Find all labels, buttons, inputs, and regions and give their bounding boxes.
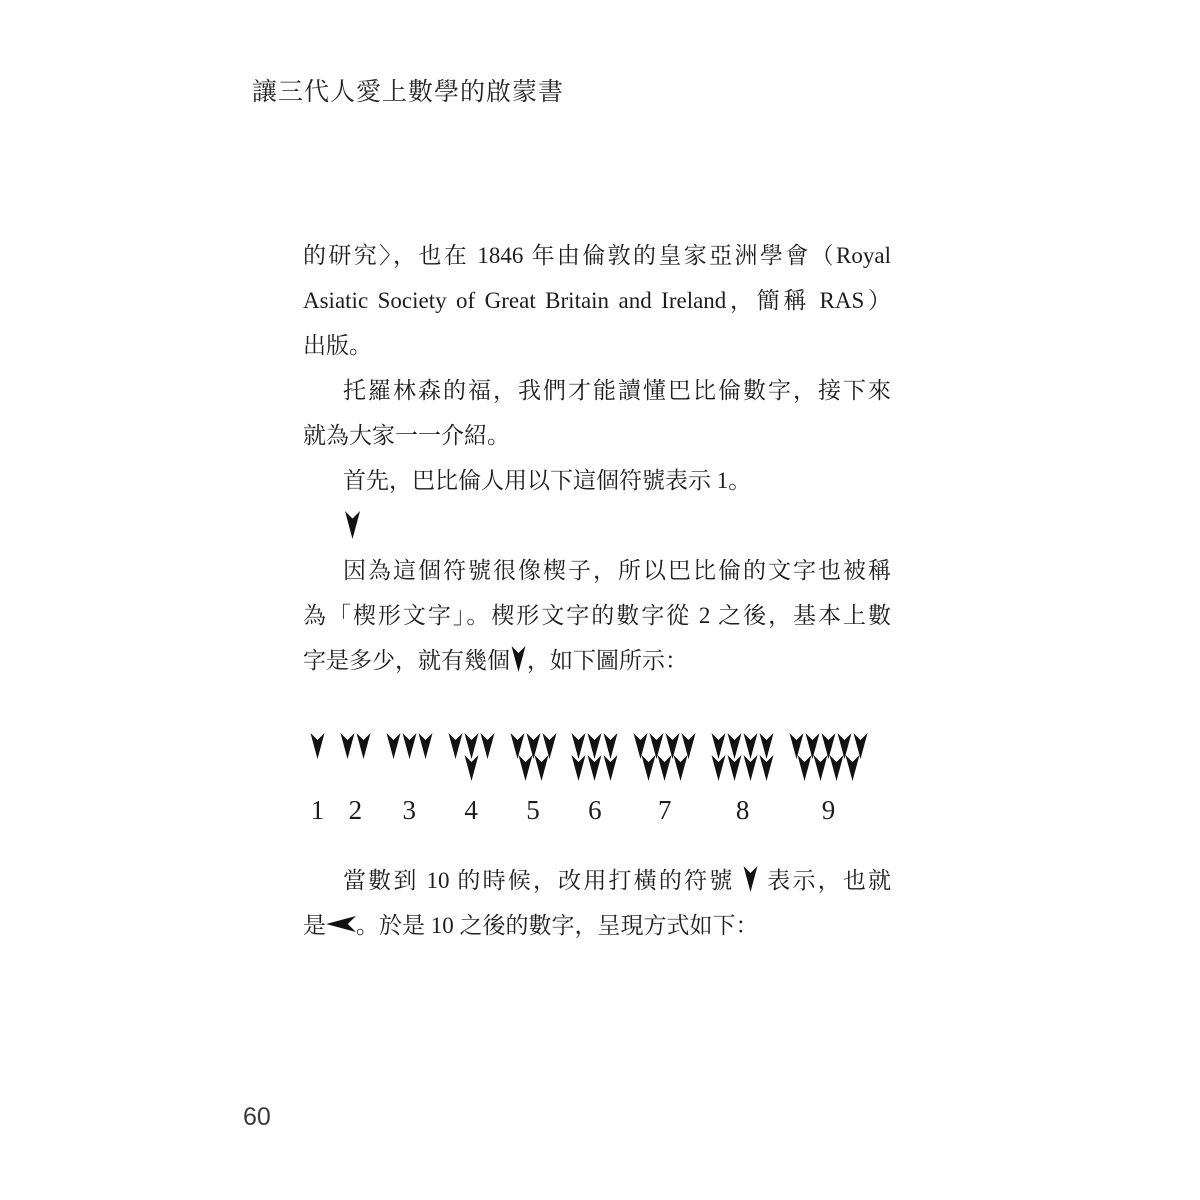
- paragraph-line: 因為這個符號很像楔子，所以巴比倫的文字也被稱: [303, 548, 891, 593]
- figure-number-label: 9: [822, 795, 836, 826]
- cuneiform-one-icon: [797, 755, 812, 781]
- cuneiform-group-8: 8: [711, 733, 774, 826]
- cuneiform-one-icon: [742, 866, 759, 892]
- figure-number-label: 2: [349, 795, 363, 826]
- cuneiform-one-icon: [587, 755, 602, 781]
- book-page: 讓三代人愛上數學的啟蒙書 的研究〉，也在 1846 年由倫敦的皇家亞洲學會（Ro…: [0, 0, 1200, 1200]
- paragraph-line: 為「楔形文字」。楔形文字的數字從 2 之後，基本上數: [303, 593, 891, 638]
- cuneiform-one-icon: [673, 755, 688, 781]
- cuneiform-one-icon: [727, 755, 742, 781]
- cuneiform-wedge-rows: [386, 733, 433, 785]
- text-run: 。於是 10 之後的數字，呈現方式如下：: [356, 913, 759, 938]
- cuneiform-one-icon: [845, 755, 860, 781]
- cuneiform-one-icon: [759, 755, 774, 781]
- paragraph-line: [303, 503, 891, 548]
- cuneiform-one-icon: [386, 733, 401, 759]
- cuneiform-one-icon: [641, 755, 656, 781]
- figure-number-label: 1: [311, 795, 325, 826]
- cuneiform-wedge-row: [386, 733, 433, 759]
- figure-number-label: 6: [588, 795, 602, 826]
- paragraph-line: Asiatic Society of Great Britain and Ire…: [303, 278, 891, 323]
- figure-number-label: 4: [464, 795, 478, 826]
- cuneiform-one-icon: [464, 755, 479, 781]
- cuneiform-wedge-row: [711, 755, 774, 781]
- text-run: 字是多少，就有幾個: [303, 648, 510, 673]
- cuneiform-one-icon: [813, 755, 828, 781]
- cuneiform-one-icon: [534, 755, 549, 781]
- body-text-upper: 的研究〉，也在 1846 年由倫敦的皇家亞洲學會（RoyalAsiatic So…: [303, 233, 891, 683]
- text-run: 的研究〉，也在 1846 年由倫敦的皇家亞洲學會（Royal: [303, 243, 891, 268]
- cuneiform-wedge-rows: [510, 733, 557, 785]
- cuneiform-wedge-row: [310, 733, 325, 759]
- text-run: 就為大家一一介紹。: [303, 423, 510, 448]
- cuneiform-group-5: 5: [510, 733, 557, 826]
- cuneiform-wedge-rows: [789, 733, 868, 785]
- running-header: 讓三代人愛上數學的啟蒙書: [252, 72, 564, 108]
- cuneiform-numerals-figure: 123456789: [310, 733, 868, 826]
- text-run: 當數到 10 的時候，改用打橫的符號: [343, 868, 742, 893]
- cuneiform-wedge-row: [797, 755, 860, 781]
- cuneiform-group-4: 4: [448, 733, 495, 826]
- cuneiform-wedge-row: [571, 755, 618, 781]
- figure-number-label: 3: [403, 795, 417, 826]
- cuneiform-one-icon: [711, 755, 726, 781]
- cuneiform-one-icon: [418, 733, 433, 759]
- text-run: 為「楔形文字」。楔形文字的數字從 2 之後，基本上數: [303, 603, 891, 628]
- cuneiform-one-icon: [356, 733, 371, 759]
- text-run: 是: [303, 913, 326, 938]
- cuneiform-one-icon: [402, 733, 417, 759]
- cuneiform-one-icon: [343, 511, 362, 539]
- text-run: 表示，也就: [759, 868, 891, 893]
- cuneiform-wedge-row: [340, 733, 371, 759]
- cuneiform-wedge-row: [518, 755, 549, 781]
- cuneiform-wedge-rows: [571, 733, 618, 785]
- paragraph-line: 首先，巴比倫人用以下這個符號表示 1。: [303, 458, 891, 503]
- cuneiform-one-icon: [480, 733, 495, 759]
- cuneiform-group-9: 9: [789, 733, 868, 826]
- cuneiform-wedge-rows: [448, 733, 495, 785]
- text-run: ，如下圖所示：: [527, 648, 688, 673]
- cuneiform-one-icon: [340, 733, 355, 759]
- cuneiform-one-icon: [743, 755, 758, 781]
- figure-number-label: 7: [658, 795, 672, 826]
- text-run: 出版。: [303, 333, 372, 358]
- text-run: 托羅林森的福，我們才能讀懂巴比倫數字，接下來: [343, 378, 891, 403]
- cuneiform-group-2: 2: [340, 733, 371, 826]
- cuneiform-one-icon: [310, 733, 325, 759]
- paragraph-line: 當數到 10 的時候，改用打橫的符號 表示，也就: [303, 858, 891, 903]
- cuneiform-one-icon: [829, 755, 844, 781]
- paragraph-line: 出版。: [303, 323, 891, 368]
- cuneiform-wedge-rows: [310, 733, 325, 785]
- cuneiform-group-1: 1: [310, 733, 325, 826]
- paragraph-line: 的研究〉，也在 1846 年由倫敦的皇家亞洲學會（Royal: [303, 233, 891, 278]
- cuneiform-wedge-rows: [633, 733, 696, 785]
- paragraph-line: 托羅林森的福，我們才能讀懂巴比倫數字，接下來: [303, 368, 891, 413]
- cuneiform-group-7: 7: [633, 733, 696, 826]
- cuneiform-ten-icon: [326, 916, 356, 932]
- paragraph-line: 就為大家一一介紹。: [303, 413, 891, 458]
- page-number: 60: [243, 1103, 271, 1132]
- body-text-lower: 當數到 10 的時候，改用打橫的符號 表示，也就是。於是 10 之後的數字，呈現…: [303, 858, 891, 948]
- figure-number-label: 5: [526, 795, 540, 826]
- figure-number-label: 8: [736, 795, 750, 826]
- cuneiform-group-3: 3: [386, 733, 433, 826]
- cuneiform-one-icon: [510, 646, 527, 672]
- cuneiform-one-icon: [603, 755, 618, 781]
- paragraph-line: 字是多少，就有幾個，如下圖所示：: [303, 638, 891, 683]
- cuneiform-wedge-rows: [711, 733, 774, 785]
- cuneiform-one-icon: [571, 755, 586, 781]
- text-run: 首先，巴比倫人用以下這個符號表示 1。: [343, 468, 751, 493]
- paragraph-line: 是。於是 10 之後的數字，呈現方式如下：: [303, 903, 891, 948]
- cuneiform-one-icon: [657, 755, 672, 781]
- cuneiform-wedge-row: [464, 755, 479, 781]
- cuneiform-group-6: 6: [571, 733, 618, 826]
- text-run: Asiatic Society of Great Britain and Ire…: [303, 288, 891, 313]
- text-run: 因為這個符號很像楔子，所以巴比倫的文字也被稱: [343, 558, 891, 583]
- cuneiform-one-icon: [448, 733, 463, 759]
- cuneiform-wedge-rows: [340, 733, 371, 785]
- cuneiform-wedge-row: [641, 755, 688, 781]
- cuneiform-one-icon: [518, 755, 533, 781]
